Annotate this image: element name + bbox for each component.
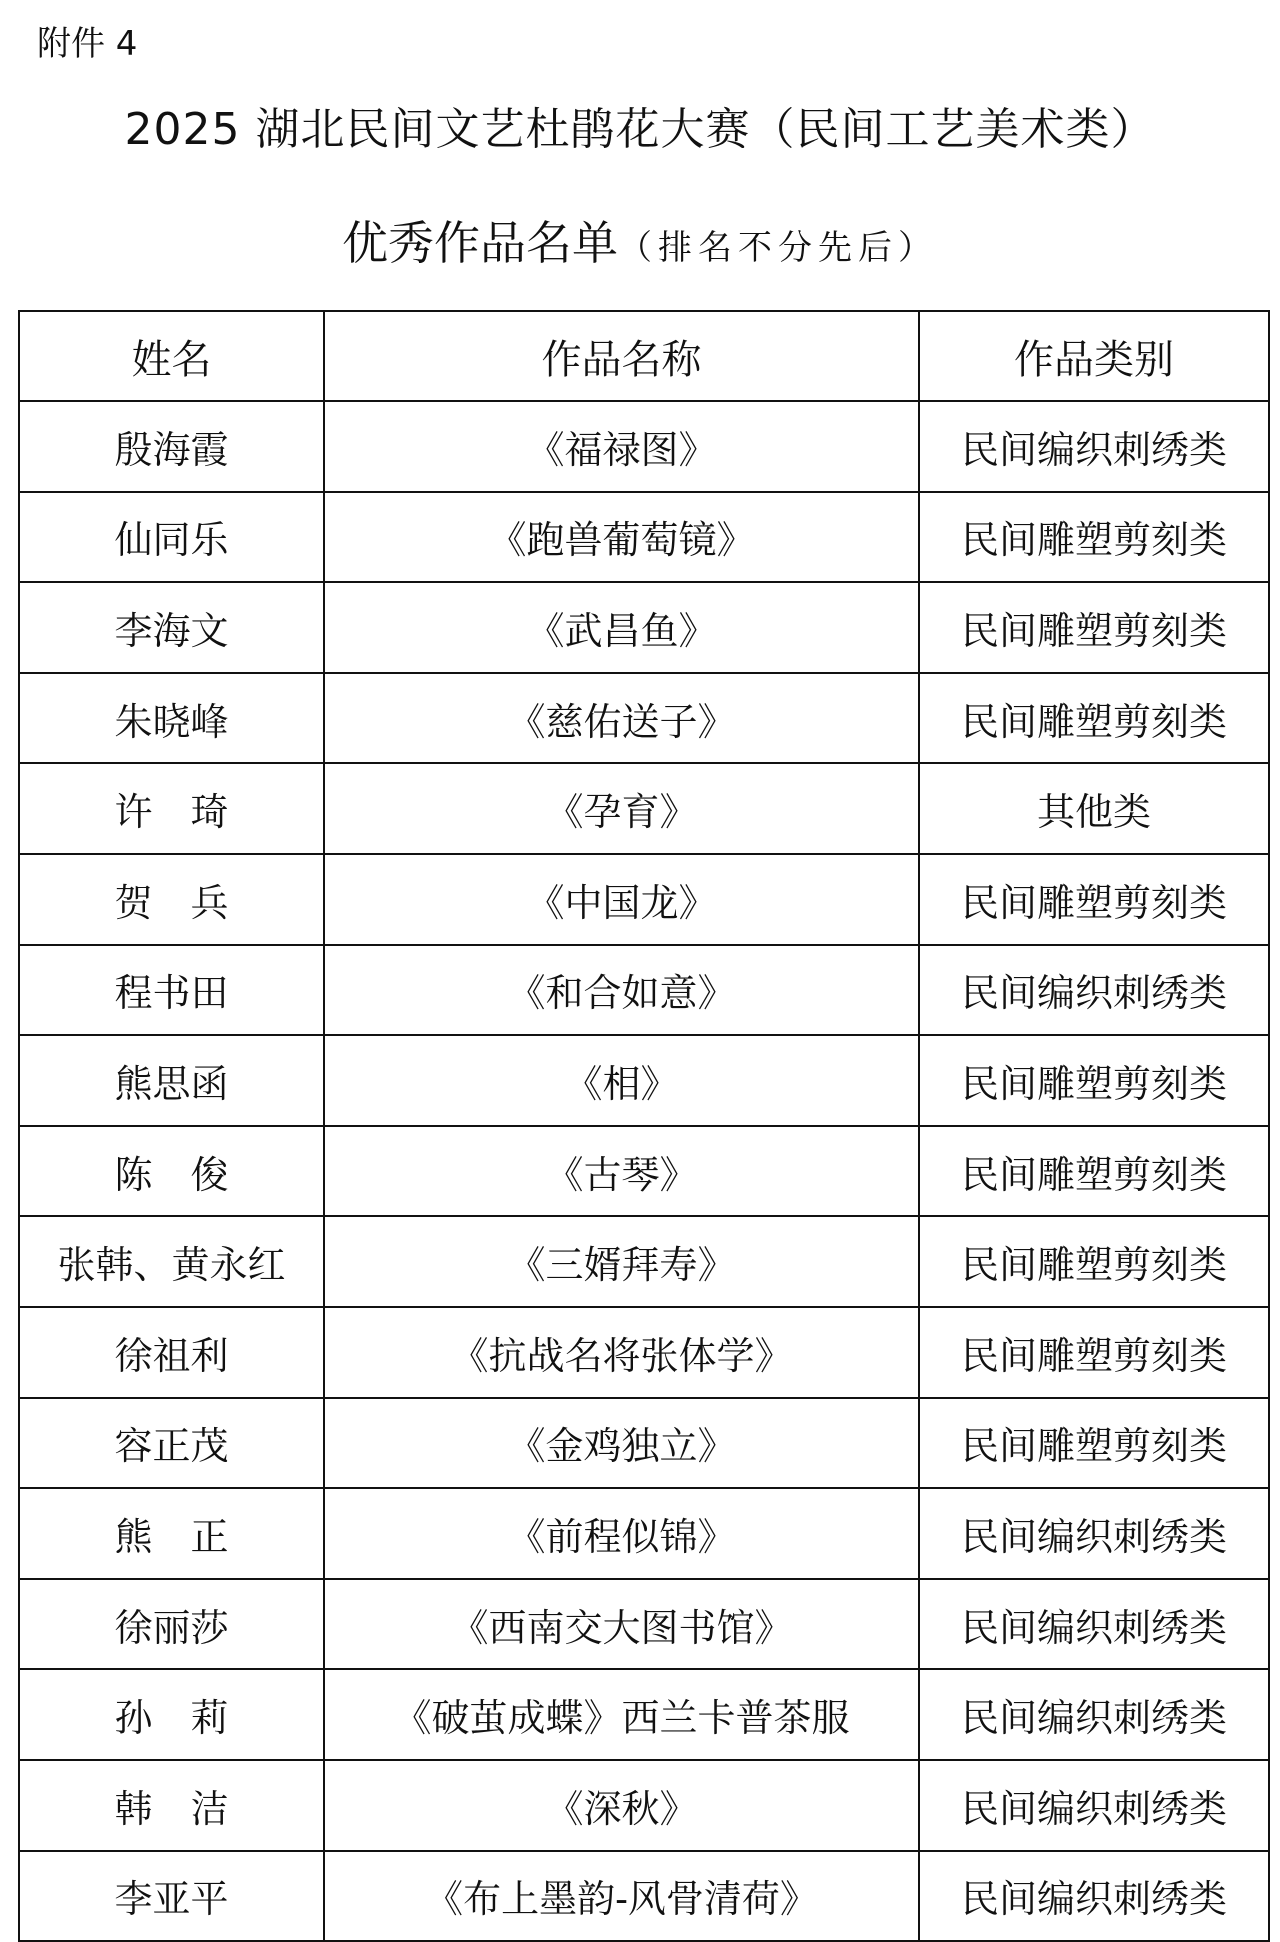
cell-work: 《西南交大图书馆》 bbox=[324, 1579, 919, 1670]
table-row: 熊思函《相》民间雕塑剪刻类 bbox=[19, 1035, 1269, 1126]
header-work: 作品名称 bbox=[324, 311, 919, 401]
cell-name: 张韩、黄永红 bbox=[19, 1216, 324, 1307]
table-row: 仙同乐《跑兽葡萄镜》民间雕塑剪刻类 bbox=[19, 492, 1269, 583]
cell-category: 民间雕塑剪刻类 bbox=[919, 854, 1269, 945]
table-row: 陈 俊《古琴》民间雕塑剪刻类 bbox=[19, 1126, 1269, 1217]
subtitle-note: （排名不分先后） bbox=[618, 228, 938, 268]
cell-name: 李亚平 bbox=[19, 1851, 324, 1942]
cell-category: 民间编织刺绣类 bbox=[919, 1669, 1269, 1760]
cell-name: 贺 兵 bbox=[19, 854, 324, 945]
cell-name: 朱晓峰 bbox=[19, 673, 324, 764]
cell-category: 民间雕塑剪刻类 bbox=[919, 582, 1269, 673]
cell-category: 民间编织刺绣类 bbox=[919, 1488, 1269, 1579]
table-row: 李海文《武昌鱼》民间雕塑剪刻类 bbox=[19, 582, 1269, 673]
award-list-table: 姓名 作品名称 作品类别 殷海霞《福禄图》民间编织刺绣类 仙同乐《跑兽葡萄镜》民… bbox=[18, 310, 1270, 1942]
cell-work: 《破茧成蝶》西兰卡普茶服 bbox=[324, 1669, 919, 1760]
cell-work: 《深秋》 bbox=[324, 1760, 919, 1851]
cell-work: 《古琴》 bbox=[324, 1126, 919, 1217]
table-row: 程书田《和合如意》民间编织刺绣类 bbox=[19, 945, 1269, 1036]
table-row: 张韩、黄永红《三婿拜寿》民间雕塑剪刻类 bbox=[19, 1216, 1269, 1307]
table-row: 殷海霞《福禄图》民间编织刺绣类 bbox=[19, 401, 1269, 492]
cell-category: 民间编织刺绣类 bbox=[919, 1851, 1269, 1942]
cell-category: 民间编织刺绣类 bbox=[919, 1579, 1269, 1670]
header-category: 作品类别 bbox=[919, 311, 1269, 401]
table-row: 许 琦《孕育》其他类 bbox=[19, 763, 1269, 854]
table-row: 徐祖利《抗战名将张体学》民间雕塑剪刻类 bbox=[19, 1307, 1269, 1398]
table-row: 熊 正《前程似锦》民间编织刺绣类 bbox=[19, 1488, 1269, 1579]
cell-work: 《和合如意》 bbox=[324, 945, 919, 1036]
header-name: 姓名 bbox=[19, 311, 324, 401]
cell-work: 《武昌鱼》 bbox=[324, 582, 919, 673]
cell-work: 《中国龙》 bbox=[324, 854, 919, 945]
cell-name: 韩 洁 bbox=[19, 1760, 324, 1851]
cell-name: 殷海霞 bbox=[19, 401, 324, 492]
cell-work: 《前程似锦》 bbox=[324, 1488, 919, 1579]
table-row: 徐丽莎《西南交大图书馆》民间编织刺绣类 bbox=[19, 1579, 1269, 1670]
cell-work: 《跑兽葡萄镜》 bbox=[324, 492, 919, 583]
cell-name: 许 琦 bbox=[19, 763, 324, 854]
attachment-label: 附件 4 bbox=[37, 22, 137, 66]
table-header-row: 姓名 作品名称 作品类别 bbox=[19, 311, 1269, 401]
cell-work: 《慈佑送子》 bbox=[324, 673, 919, 764]
cell-work: 《布上墨韵-风骨清荷》 bbox=[324, 1851, 919, 1942]
cell-work: 《孕育》 bbox=[324, 763, 919, 854]
cell-name: 熊 正 bbox=[19, 1488, 324, 1579]
cell-category: 民间雕塑剪刻类 bbox=[919, 1035, 1269, 1126]
cell-category: 民间雕塑剪刻类 bbox=[919, 1216, 1269, 1307]
document-title: 2025 湖北民间文艺杜鹃花大赛（民间工艺美术类） bbox=[0, 100, 1280, 160]
cell-name: 徐祖利 bbox=[19, 1307, 324, 1398]
cell-work: 《福禄图》 bbox=[324, 401, 919, 492]
cell-name: 徐丽莎 bbox=[19, 1579, 324, 1670]
cell-name: 仙同乐 bbox=[19, 492, 324, 583]
cell-category: 民间雕塑剪刻类 bbox=[919, 1398, 1269, 1489]
cell-category: 民间雕塑剪刻类 bbox=[919, 673, 1269, 764]
document-subtitle: 优秀作品名单（排名不分先后） bbox=[0, 212, 1280, 279]
cell-name: 容正茂 bbox=[19, 1398, 324, 1489]
table-row: 容正茂《金鸡独立》民间雕塑剪刻类 bbox=[19, 1398, 1269, 1489]
cell-name: 熊思函 bbox=[19, 1035, 324, 1126]
cell-name: 李海文 bbox=[19, 582, 324, 673]
cell-name: 程书田 bbox=[19, 945, 324, 1036]
table-row: 朱晓峰《慈佑送子》民间雕塑剪刻类 bbox=[19, 673, 1269, 764]
cell-name: 陈 俊 bbox=[19, 1126, 324, 1217]
cell-work: 《抗战名将张体学》 bbox=[324, 1307, 919, 1398]
cell-work: 《相》 bbox=[324, 1035, 919, 1126]
cell-category: 民间编织刺绣类 bbox=[919, 945, 1269, 1036]
table-row: 贺 兵《中国龙》民间雕塑剪刻类 bbox=[19, 854, 1269, 945]
cell-category: 其他类 bbox=[919, 763, 1269, 854]
cell-category: 民间雕塑剪刻类 bbox=[919, 492, 1269, 583]
cell-category: 民间雕塑剪刻类 bbox=[919, 1307, 1269, 1398]
table-row: 孙 莉《破茧成蝶》西兰卡普茶服民间编织刺绣类 bbox=[19, 1669, 1269, 1760]
cell-name: 孙 莉 bbox=[19, 1669, 324, 1760]
table-row: 李亚平《布上墨韵-风骨清荷》民间编织刺绣类 bbox=[19, 1851, 1269, 1942]
cell-category: 民间编织刺绣类 bbox=[919, 1760, 1269, 1851]
subtitle-main: 优秀作品名单 bbox=[342, 216, 618, 270]
table-row: 韩 洁《深秋》民间编织刺绣类 bbox=[19, 1760, 1269, 1851]
cell-work: 《三婿拜寿》 bbox=[324, 1216, 919, 1307]
cell-category: 民间编织刺绣类 bbox=[919, 401, 1269, 492]
cell-category: 民间雕塑剪刻类 bbox=[919, 1126, 1269, 1217]
cell-work: 《金鸡独立》 bbox=[324, 1398, 919, 1489]
